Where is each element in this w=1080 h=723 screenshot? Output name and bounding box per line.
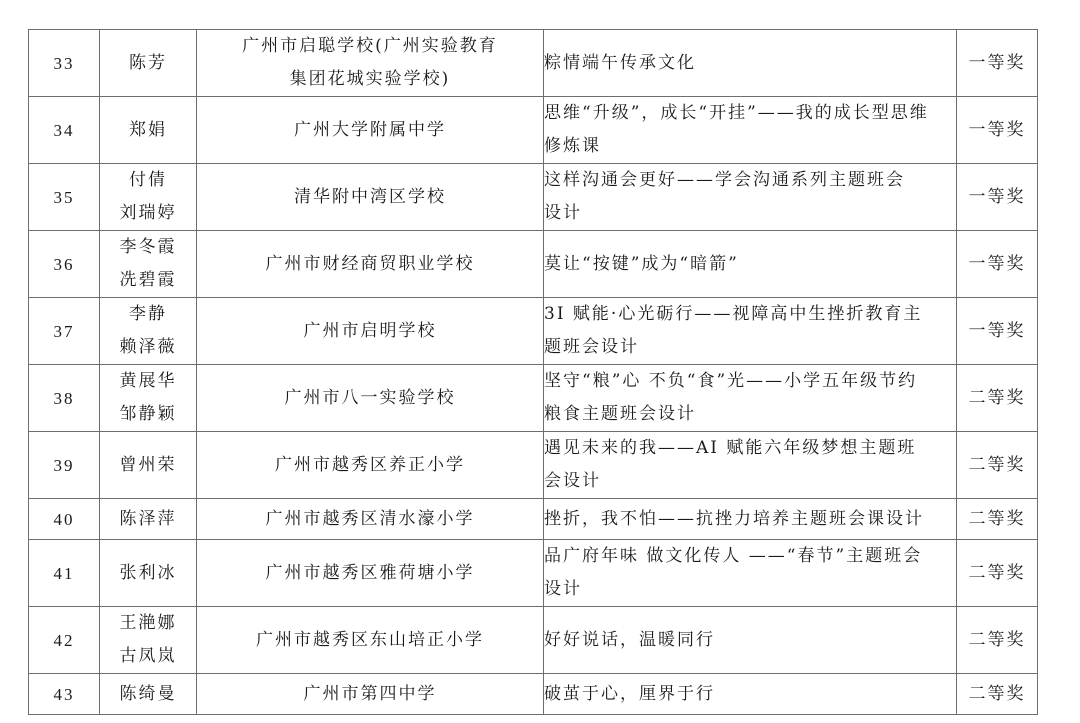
school-name-line: 广州市启聪学校(广州实验教育 [197,30,543,63]
row-number-cell: 33 [29,30,100,97]
author-names-cell: 陈绮曼 [100,674,197,715]
school-name-line: 集团花城实验学校) [197,63,543,96]
award-cell: 一等奖 [957,231,1038,298]
work-title-cell: 好好说话，温暖同行 [544,607,957,674]
author-name: 陈绮曼 [100,678,196,711]
work-title-line: 修炼课 [544,130,956,163]
award-cell: 二等奖 [957,540,1038,607]
school-name-line: 广州市第四中学 [197,678,543,711]
author-names-cell: 李静赖泽薇 [100,298,197,365]
work-title-line: 破茧于心，厘界于行 [544,678,956,711]
award-cell: 二等奖 [957,365,1038,432]
author-names-cell: 黄展华邹静颖 [100,365,197,432]
school-cell: 广州市八一实验学校 [197,365,544,432]
table-row: 36李冬霞冼碧霞广州市财经商贸职业学校莫让“按键”成为“暗箭”一等奖 [29,231,1038,298]
work-title-line: 思维“升级”，成长“开挂”——我的成长型思维 [544,97,956,130]
table-row: 38黄展华邹静颖广州市八一实验学校坚守“粮”心 不负“食”光——小学五年级节约粮… [29,365,1038,432]
table-row: 43陈绮曼广州市第四中学破茧于心，厘界于行二等奖 [29,674,1038,715]
award-level: 一等奖 [969,53,1026,73]
school-name-line: 广州市越秀区养正小学 [197,449,543,482]
row-number-cell: 42 [29,607,100,674]
row-number: 33 [54,54,75,73]
author-name: 冼碧霞 [100,264,196,297]
award-cell: 一等奖 [957,97,1038,164]
awards-table: 33陈芳广州市启聪学校(广州实验教育集团花城实验学校)粽情端午传承文化一等奖34… [28,29,1038,715]
school-cell: 广州市越秀区雅荷塘小学 [197,540,544,607]
work-title-line: 设计 [544,573,956,606]
author-name: 古凤岚 [100,640,196,673]
author-name: 刘瑞婷 [100,197,196,230]
work-title-line: 遇见未来的我——AI 赋能六年级梦想主题班 [544,432,956,465]
school-name-line: 广州市启明学校 [197,315,543,348]
school-name-line: 广州市越秀区东山培正小学 [197,624,543,657]
author-name: 李静 [100,298,196,331]
author-names-cell: 陈泽萍 [100,499,197,540]
school-cell: 广州市越秀区东山培正小学 [197,607,544,674]
author-name: 付倩 [100,164,196,197]
award-cell: 二等奖 [957,432,1038,499]
author-name: 邹静颖 [100,398,196,431]
work-title-cell: 破茧于心，厘界于行 [544,674,957,715]
author-names-cell: 付倩刘瑞婷 [100,164,197,231]
table-row: 41张利冰广州市越秀区雅荷塘小学品广府年味 做文化传人 ——“春节”主题班会设计… [29,540,1038,607]
row-number-cell: 36 [29,231,100,298]
author-name: 李冬霞 [100,231,196,264]
school-name-line: 广州市越秀区清水濠小学 [197,503,543,536]
row-number: 42 [54,631,75,650]
row-number: 41 [54,564,75,583]
table-row: 37李静赖泽薇广州市启明学校3I 赋能·心光砺行——视障高中生挫折教育主题班会设… [29,298,1038,365]
award-level: 二等奖 [969,455,1026,475]
award-level: 一等奖 [969,187,1026,207]
award-level: 二等奖 [969,509,1026,529]
work-title-line: 这样沟通会更好——学会沟通系列主题班会 [544,164,956,197]
school-cell: 广州市越秀区养正小学 [197,432,544,499]
row-number-cell: 40 [29,499,100,540]
work-title-line: 品广府年味 做文化传人 ——“春节”主题班会 [544,540,956,573]
work-title-line: 3I 赋能·心光砺行——视障高中生挫折教育主 [544,298,956,331]
row-number: 38 [54,389,75,408]
work-title-line: 粮食主题班会设计 [544,398,956,431]
table-row: 40陈泽萍广州市越秀区清水濠小学挫折，我不怕——抗挫力培养主题班会课设计二等奖 [29,499,1038,540]
table-row: 39曾州荣广州市越秀区养正小学遇见未来的我——AI 赋能六年级梦想主题班会设计二… [29,432,1038,499]
row-number-cell: 37 [29,298,100,365]
row-number: 36 [54,255,75,274]
award-level: 二等奖 [969,388,1026,408]
award-cell: 二等奖 [957,607,1038,674]
work-title-cell: 品广府年味 做文化传人 ——“春节”主题班会设计 [544,540,957,607]
row-number: 37 [54,322,75,341]
school-name-line: 广州大学附属中学 [197,114,543,147]
row-number-cell: 41 [29,540,100,607]
school-cell: 广州市启明学校 [197,298,544,365]
row-number: 34 [54,121,75,140]
school-name-line: 广州市财经商贸职业学校 [197,248,543,281]
school-cell: 清华附中湾区学校 [197,164,544,231]
award-cell: 一等奖 [957,298,1038,365]
school-cell: 广州市第四中学 [197,674,544,715]
table-row: 35付倩刘瑞婷清华附中湾区学校这样沟通会更好——学会沟通系列主题班会设计一等奖 [29,164,1038,231]
work-title-line: 莫让“按键”成为“暗箭” [544,248,956,281]
award-level: 二等奖 [969,563,1026,583]
row-number-cell: 43 [29,674,100,715]
work-title-cell: 挫折，我不怕——抗挫力培养主题班会课设计 [544,499,957,540]
school-name-line: 清华附中湾区学校 [197,181,543,214]
author-names-cell: 曾州荣 [100,432,197,499]
award-level: 二等奖 [969,630,1026,650]
work-title-line: 设计 [544,197,956,230]
award-cell: 一等奖 [957,164,1038,231]
author-name: 郑娟 [100,114,196,147]
work-title-line: 会设计 [544,465,956,498]
work-title-cell: 这样沟通会更好——学会沟通系列主题班会设计 [544,164,957,231]
author-name: 赖泽薇 [100,331,196,364]
school-cell: 广州大学附属中学 [197,97,544,164]
work-title-line: 粽情端午传承文化 [544,47,956,80]
author-names-cell: 王滟娜古凤岚 [100,607,197,674]
award-level: 一等奖 [969,321,1026,341]
award-level: 一等奖 [969,120,1026,140]
row-number-cell: 35 [29,164,100,231]
work-title-cell: 思维“升级”，成长“开挂”——我的成长型思维修炼课 [544,97,957,164]
author-name: 黄展华 [100,365,196,398]
author-names-cell: 张利冰 [100,540,197,607]
work-title-cell: 遇见未来的我——AI 赋能六年级梦想主题班会设计 [544,432,957,499]
author-name: 王滟娜 [100,607,196,640]
author-name: 陈芳 [100,47,196,80]
row-number-cell: 38 [29,365,100,432]
award-cell: 二等奖 [957,674,1038,715]
school-name-line: 广州市越秀区雅荷塘小学 [197,557,543,590]
school-cell: 广州市越秀区清水濠小学 [197,499,544,540]
table-row: 34郑娟广州大学附属中学思维“升级”，成长“开挂”——我的成长型思维修炼课一等奖 [29,97,1038,164]
author-name: 曾州荣 [100,449,196,482]
school-name-line: 广州市八一实验学校 [197,382,543,415]
row-number: 43 [54,685,75,704]
school-cell: 广州市启聪学校(广州实验教育集团花城实验学校) [197,30,544,97]
work-title-line: 挫折，我不怕——抗挫力培养主题班会课设计 [544,503,956,536]
author-names-cell: 李冬霞冼碧霞 [100,231,197,298]
author-names-cell: 陈芳 [100,30,197,97]
work-title-cell: 粽情端午传承文化 [544,30,957,97]
row-number: 40 [54,510,75,529]
row-number-cell: 34 [29,97,100,164]
author-names-cell: 郑娟 [100,97,197,164]
work-title-line: 题班会设计 [544,331,956,364]
table-row: 42王滟娜古凤岚广州市越秀区东山培正小学好好说话，温暖同行二等奖 [29,607,1038,674]
award-cell: 一等奖 [957,30,1038,97]
row-number: 39 [54,456,75,475]
row-number-cell: 39 [29,432,100,499]
work-title-cell: 莫让“按键”成为“暗箭” [544,231,957,298]
row-number: 35 [54,188,75,207]
awards-table-body: 33陈芳广州市启聪学校(广州实验教育集团花城实验学校)粽情端午传承文化一等奖34… [29,30,1038,715]
work-title-line: 坚守“粮”心 不负“食”光——小学五年级节约 [544,365,956,398]
author-name: 张利冰 [100,557,196,590]
work-title-cell: 3I 赋能·心光砺行——视障高中生挫折教育主题班会设计 [544,298,957,365]
work-title-line: 好好说话，温暖同行 [544,624,956,657]
author-name: 陈泽萍 [100,503,196,536]
award-level: 一等奖 [969,254,1026,274]
award-level: 二等奖 [969,684,1026,704]
award-cell: 二等奖 [957,499,1038,540]
school-cell: 广州市财经商贸职业学校 [197,231,544,298]
work-title-cell: 坚守“粮”心 不负“食”光——小学五年级节约粮食主题班会设计 [544,365,957,432]
table-row: 33陈芳广州市启聪学校(广州实验教育集团花城实验学校)粽情端午传承文化一等奖 [29,30,1038,97]
